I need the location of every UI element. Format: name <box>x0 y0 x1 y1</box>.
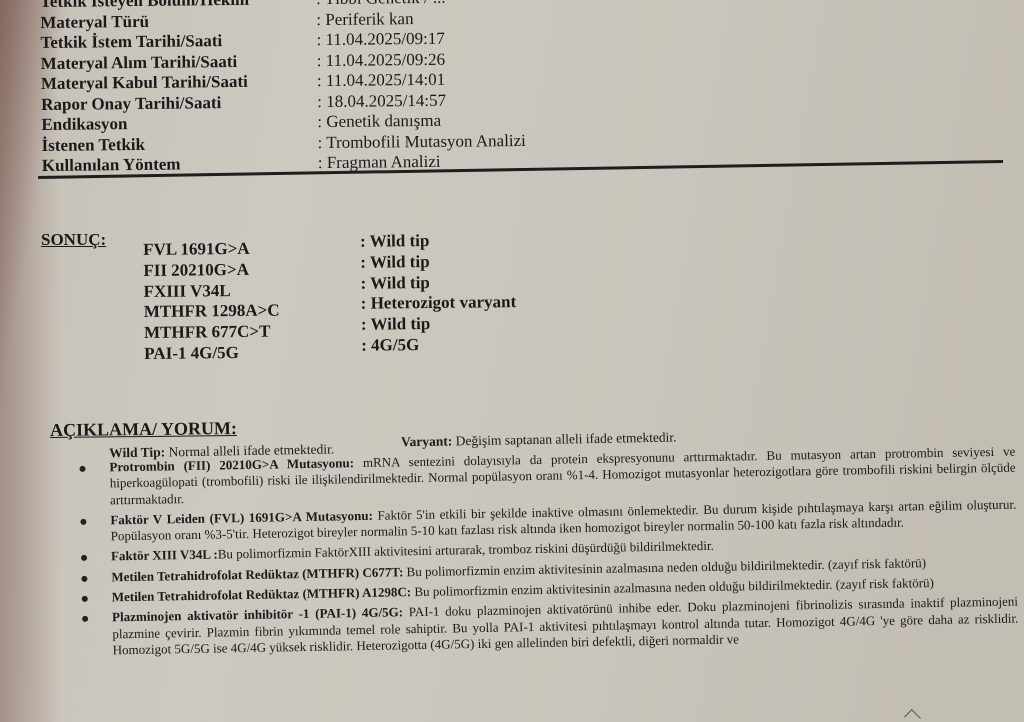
info-label: Endikasyon <box>41 114 127 135</box>
info-value: : 11.04.2025/14:01 <box>317 70 445 91</box>
info-value: : 11.04.2025/09:17 <box>316 29 444 50</box>
result-test-name: FII 20210G>A <box>143 260 249 281</box>
info-label: Tetkik İstem Tarihi/Saati <box>40 31 222 53</box>
result-test-name: PAI-1 4G/5G <box>144 343 239 364</box>
result-value: : Wild tip <box>360 231 430 252</box>
variant-legend: Varyant: Değişim saptanan alleli ifade e… <box>401 430 677 451</box>
info-label: Kullanılan Yöntem <box>42 155 181 176</box>
result-test-name: FVL 1691G>A <box>143 239 250 260</box>
result-value: : Heterozigot varyant <box>361 292 517 314</box>
horizontal-divider <box>38 160 1003 179</box>
report-page: Tetkik İsteyen Bölüm/Hekim : Tıbbi Genet… <box>0 0 1024 722</box>
info-label: Rapor Onay Tarihi/Saati <box>41 93 221 115</box>
info-label: Tetkik İsteyen Bölüm/Hekim <box>40 0 249 12</box>
info-value: : Periferik kan <box>316 9 413 30</box>
comment-label: Faktör XIII V34L : <box>111 547 218 564</box>
info-value: : Tıbbi Genetik / ... <box>316 0 446 9</box>
bullet-icon <box>82 616 88 622</box>
info-value: : 11.04.2025/09:26 <box>317 49 445 70</box>
comment-text: PAI-1 doku plazminojen aktivatörünü inhi… <box>112 594 1018 657</box>
result-test-name: MTHFR 1298A>C <box>144 301 280 322</box>
result-test-name: FXIII V34L <box>143 281 230 302</box>
bullet-icon <box>81 555 87 561</box>
info-value: : Trombofili Mutasyon Analizi <box>317 130 525 152</box>
info-label: Materyal Türü <box>40 11 149 32</box>
result-value: : Wild tip <box>360 252 430 273</box>
comment-label: Metilen Tetrahidrofolat Redüktaz (MTHFR)… <box>112 584 412 604</box>
info-label: Materyal Kabul Tarihi/Saati <box>41 72 248 94</box>
result-value: : Wild tip <box>361 314 431 335</box>
bullet-icon <box>79 466 85 472</box>
result-value: : 4G/5G <box>361 335 419 356</box>
info-value: : 18.04.2025/14:57 <box>317 90 446 111</box>
bullet-icon <box>82 596 88 602</box>
comments-section: Wild Tip: Normal alleli ifade etmektedir… <box>75 424 1019 664</box>
pen-mark <box>904 709 921 722</box>
bullet-icon <box>81 576 87 582</box>
variant-label: Varyant: <box>401 433 453 449</box>
comment-label: Metilen Tetrahidrofolat Redüktaz (MTHFR)… <box>111 564 403 584</box>
result-value: : Wild tip <box>360 273 430 294</box>
results-list: FVL 1691G>A : Wild tip FII 20210G>A : Wi… <box>143 234 144 359</box>
info-label: Materyal Alım Tarihi/Saati <box>41 51 238 73</box>
bullet-icon <box>80 519 86 525</box>
result-test-name: MTHFR 677C>T <box>144 322 271 343</box>
variant-text: Değişim saptanan alleli ifade etmektedir… <box>452 430 676 449</box>
results-heading: SONUÇ: <box>41 230 106 250</box>
comment-text: Bu polimorfizmin FaktörXIII aktivitesini… <box>218 538 714 562</box>
info-value: : Genetik danışma <box>317 111 441 132</box>
info-label: İstenen Tetkik <box>42 134 146 155</box>
